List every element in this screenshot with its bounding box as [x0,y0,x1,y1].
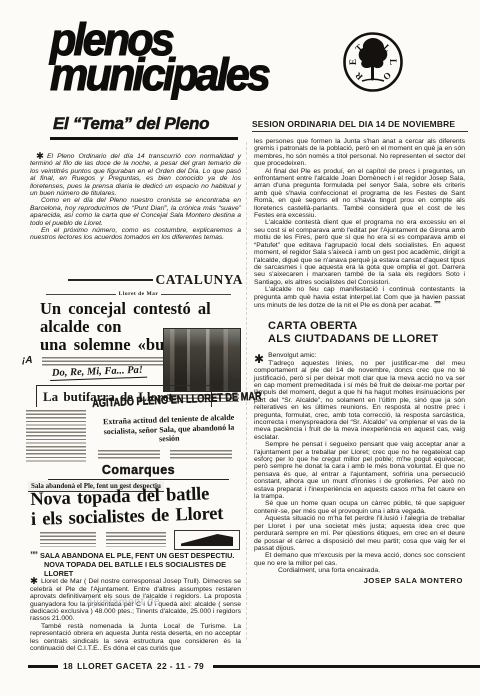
intro-text: ✱El Pleno Ordinario del día 14 transcurr… [30,153,241,242]
clipping-section-label: CATALUNYA [155,272,243,288]
body-paragraph: Al final del Ple es produí, en el capíto… [254,168,465,220]
clipping-graphic-box [174,530,240,550]
clipping-fragment: ¡A [22,355,33,366]
carta-closing: Cordialment, una forta encaixada. [254,567,465,574]
footer-text: 18LLORET GACETA22 - 11 - 79 [63,661,208,671]
masthead-line-2: municipales [50,57,268,92]
intro-paragraph: En el próximo número, como es costumbre,… [30,227,241,242]
report-lead: ””SALA ABANDONA EL PLE, FENT UN GEST DES… [30,551,241,578]
carta-paragraph: Aquesta situació no m'ha fet perdre l'il… [254,515,465,552]
body-paragraph: les persones que formen la Junta s'han a… [254,138,465,168]
publication-title: LLORET GACETA [77,661,153,671]
body-paragraph: L'alcalde no feu cap manifestació i cont… [254,286,465,309]
page-footer: 18LLORET GACETA22 - 11 - 79 [28,661,480,671]
unreadable-smallprint [98,450,160,460]
clipping-headline-nova: Nova topada del batlle i els socialistes… [30,485,224,530]
quote-mark-icon: ”” [30,550,37,560]
heading-rule [50,137,238,140]
session-heading: SESION ORDINARIA DEL DIA 14 DE NOVIEMBRE [252,119,468,129]
clipping-section-comarques: Comarques [48,463,229,480]
session-heading-rule [252,131,468,132]
carta-paragraph: Et demano que m'excusis per la meva acci… [254,552,465,567]
masthead-title: plenos municipales [50,22,268,92]
body-paragraph: L'alcalde contestà dient que el programa… [254,219,465,286]
rule [161,294,231,295]
unreadable-smallprint [170,450,232,460]
unreadable-smallprint [26,410,86,462]
footer-rule-right [213,665,480,668]
rule [46,294,116,295]
lloret-tree-logo-icon: R E T L L O [341,30,405,94]
carta-paragraph: Sempre he pensat i segueixo pensant que … [254,441,465,500]
press-clipping-collage: CATALUNYA Lloret de Mar Un concejal cont… [28,258,243,552]
clipping-headline-doremi: Do, Re, Mi, Fa... Pa! [50,365,147,381]
quote-mark-icon: ”” [434,300,440,309]
intro-paragraph: Como en el día del Pleno nuestro cronist… [30,197,241,227]
intro-paragraph: ✱El Pleno Ordinario del día 14 transcurr… [30,153,241,197]
carta-oberta-heading: CARTA OBERTA ALS CIUTDADANS DE LLORET [268,320,465,346]
logo-letter-E: E [348,59,358,65]
unreadable-smallprint [40,532,96,547]
carta-salutation: ✱Benvolgut amic: [254,352,465,359]
carta-paragraph: Sé que un home quan ocupa un càrrec públ… [254,500,465,515]
clipping-dateline: Lloret de Mar [119,291,159,297]
report-paragraph: També restà nomenada la Junta Local de T… [30,623,241,653]
clipping-subdeck-agitado: Extraña actitud del teniente de alcalde … [98,413,241,446]
logo-letter-L2: L [388,59,398,65]
scan-watermark: Ajuntament de [86,595,160,608]
rule [68,279,153,281]
star-bullet-icon: ✱ [254,353,264,365]
unreadable-smallprint [106,532,166,547]
page-number: 18 [63,661,73,671]
graphic-wedge [181,534,233,546]
carta-paragraph: T'adreço aquestes línies, no per justifi… [254,360,465,441]
clipping-dateline-row: Lloret de Mar [46,291,231,297]
footer-rule-left [28,665,58,668]
right-column-text: les persones que formen la Junta s'han a… [254,138,465,584]
carta-signature: JOSEP SALA MONTERO [254,577,465,584]
magazine-page: plenos municipales R E T L L O El “Tema”… [0,0,480,696]
publication-date: 22 - 11 - 79 [157,661,204,671]
clipping-photo [163,328,241,392]
article-heading: El “Tema” del Pleno [53,114,209,134]
clipping-section-row: CATALUNYA [68,272,243,288]
